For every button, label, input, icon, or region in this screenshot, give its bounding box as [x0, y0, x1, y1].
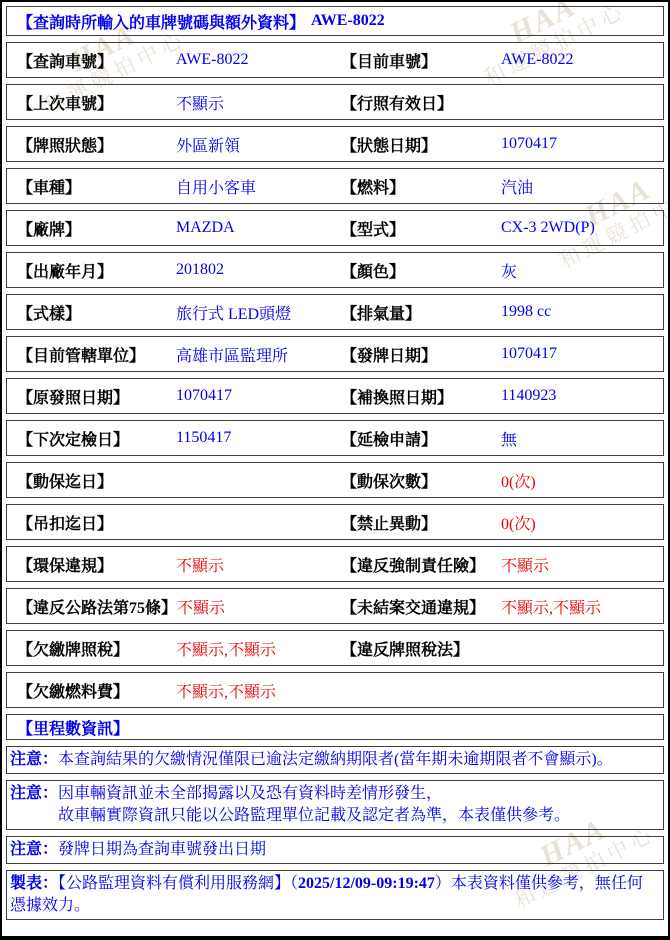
field-value: 不顯示	[501, 553, 549, 576]
field-label: 【未結案交通違規】	[341, 595, 501, 618]
field-label: 【目前車號】	[341, 49, 501, 72]
note-text: 故車輛實際資訊只能以公路監理單位記載及認定者為準，本表僅供參考。	[10, 805, 655, 827]
field-label: 【牌照狀態】	[17, 133, 176, 156]
note: 注意：因車輛資訊並未全部揭露以及恐有資料時差情形發生， 故車輛實際資訊只能以公路…	[6, 780, 664, 830]
field-label: 【狀態日期】	[341, 133, 501, 156]
field-label: 【動保迄日】	[17, 469, 176, 492]
field-row: 【廠牌】MAZDA 【型式】CX-3 2WD(P)	[6, 210, 664, 246]
field-row: 【違反公路法第75條】不顯示 【未結案交通違規】不顯示,不顯示	[6, 588, 664, 624]
field-row: 【查詢車號】AWE-8022 【目前車號】AWE-8022	[6, 42, 664, 78]
field-label: 【型式】	[341, 217, 501, 240]
field-label: 【動保次數】	[341, 469, 501, 492]
field-label: 【原發照日期】	[17, 385, 176, 408]
field-row: 【下次定檢日】1150417 【延檢申請】無	[6, 420, 664, 456]
field-value: 1150417	[176, 429, 231, 447]
footer-source: 【公路監理資料有償利用服務網】（	[58, 875, 298, 892]
field-value: 201802	[176, 261, 224, 279]
field-value: 1070417	[501, 345, 557, 363]
field-value: 汽油	[501, 175, 533, 198]
field-label: 【違反牌照稅法】	[341, 637, 501, 660]
field-value: 旅行式 LED頭燈	[176, 301, 291, 324]
field-row: 【式樣】旅行式 LED頭燈 【排氣量】1998 cc	[6, 294, 664, 330]
field-value: 不顯示,不顯示	[176, 637, 276, 660]
page-title: 【查詢時所輸入的車牌號碼與額外資料】 AWE-8022	[6, 6, 664, 36]
field-value: 0(次)	[501, 469, 536, 492]
note: 注意：本查詢結果的欠繳情況僅限已逾法定繳納期限者(當年期未逾期限者不會顯示)。	[6, 746, 664, 774]
field-label: 【廠牌】	[17, 217, 176, 240]
field-value: CX-3 2WD(P)	[501, 219, 595, 237]
field-value: 1070417	[176, 387, 232, 405]
field-label: 【環保違規】	[17, 553, 176, 576]
field-label: 【車種】	[17, 175, 176, 198]
field-label: 【顏色】	[341, 259, 501, 282]
field-value: 0(次)	[501, 511, 536, 534]
mileage-section-header: 【里程數資訊】	[6, 714, 664, 740]
field-value: 外區新領	[176, 133, 240, 156]
field-value: 不顯示,不顯示	[501, 595, 601, 618]
field-label: 【下次定檢日】	[17, 427, 176, 450]
field-value: 不顯示	[176, 91, 224, 114]
field-label: 【吊扣迄日】	[17, 511, 176, 534]
note-prefix: 注意：	[10, 841, 58, 858]
field-label: 【式樣】	[17, 301, 176, 324]
field-row: 【欠繳牌照稅】不顯示,不顯示 【違反牌照稅法】	[6, 630, 664, 666]
field-label: 【上次車號】	[17, 91, 176, 114]
field-value: 高雄市區監理所	[176, 343, 288, 366]
field-label: 【排氣量】	[341, 301, 501, 324]
field-value: AWE-8022	[501, 51, 573, 69]
field-value: 1140923	[501, 387, 556, 405]
field-value: 不顯示	[177, 595, 225, 618]
field-value: 不顯示	[176, 553, 224, 576]
field-label: 【延檢申請】	[341, 427, 501, 450]
field-label: 【發牌日期】	[341, 343, 501, 366]
field-row: 【出廠年月】201802 【顏色】灰	[6, 252, 664, 288]
vehicle-registry-report: HAA 和運競拍中心 HAA 和運競拍中心 HAA 和運競拍中心 HAA 和運競…	[0, 0, 670, 940]
field-value: 1070417	[501, 135, 557, 153]
field-row: 【環保違規】不顯示 【違反強制責任險】不顯示	[6, 546, 664, 582]
field-row: 【牌照狀態】外區新領 【狀態日期】1070417	[6, 126, 664, 162]
field-row: 【動保迄日】 【動保次數】0(次)	[6, 462, 664, 498]
field-label: 【禁止異動】	[341, 511, 501, 534]
field-label: 【目前管轄單位】	[17, 343, 176, 366]
note-prefix: 注意：	[10, 785, 58, 802]
field-label: 【補換照日期】	[341, 385, 501, 408]
field-row: 【目前管轄單位】高雄市區監理所 【發牌日期】1070417	[6, 336, 664, 372]
field-row: 【上次車號】不顯示 【行照有效日】	[6, 84, 664, 120]
report-content: 【查詢時所輸入的車牌號碼與額外資料】 AWE-8022 【查詢車號】AWE-80…	[0, 0, 670, 932]
field-row: 【吊扣迄日】 【禁止異動】0(次)	[6, 504, 664, 540]
page-title-label: 【查詢時所輸入的車牌號碼與額外資料】	[17, 10, 305, 33]
field-label: 【出廠年月】	[17, 259, 176, 282]
field-label: 【違反公路法第75條】	[17, 595, 177, 618]
field-label: 【行照有效日】	[341, 91, 501, 114]
field-value: 自用小客車	[176, 175, 256, 198]
field-value: 不顯示,不顯示	[176, 679, 276, 702]
field-label: 【欠繳牌照稅】	[17, 637, 176, 660]
field-label: 【欠繳燃料費】	[17, 679, 176, 702]
field-label: 【查詢車號】	[17, 49, 176, 72]
field-value: 灰	[501, 259, 517, 282]
field-row: 【欠繳燃料費】不顯示,不顯示	[6, 672, 664, 708]
field-label: 【違反強制責任險】	[341, 553, 501, 576]
report-footer: 製表：【公路監理資料有償利用服務網】（2025/12/09-09:19:47）本…	[6, 870, 664, 920]
field-value: 無	[501, 427, 517, 450]
note-text: 發牌日期為查詢車號發出日期	[58, 841, 266, 858]
footer-prefix: 製表：	[10, 875, 58, 892]
field-row: 【原發照日期】1070417 【補換照日期】1140923	[6, 378, 664, 414]
field-row: 【車種】自用小客車 【燃料】汽油	[6, 168, 664, 204]
field-value: AWE-8022	[176, 51, 248, 69]
page-title-plate: AWE-8022	[311, 12, 385, 30]
note-text: 本查詢結果的欠繳情況僅限已逾法定繳納期限者(當年期未逾期限者不會顯示)。	[58, 751, 613, 768]
field-label: 【燃料】	[341, 175, 501, 198]
note-prefix: 注意：	[10, 751, 58, 768]
footer-timestamp: 2025/12/09-09:19:47	[298, 875, 435, 892]
field-value: 1998 cc	[501, 303, 551, 321]
note: 注意：發牌日期為查詢車號發出日期	[6, 836, 664, 864]
note-text: 因車輛資訊並未全部揭露以及恐有資料時差情形發生，	[58, 785, 442, 802]
field-value: MAZDA	[176, 219, 235, 237]
